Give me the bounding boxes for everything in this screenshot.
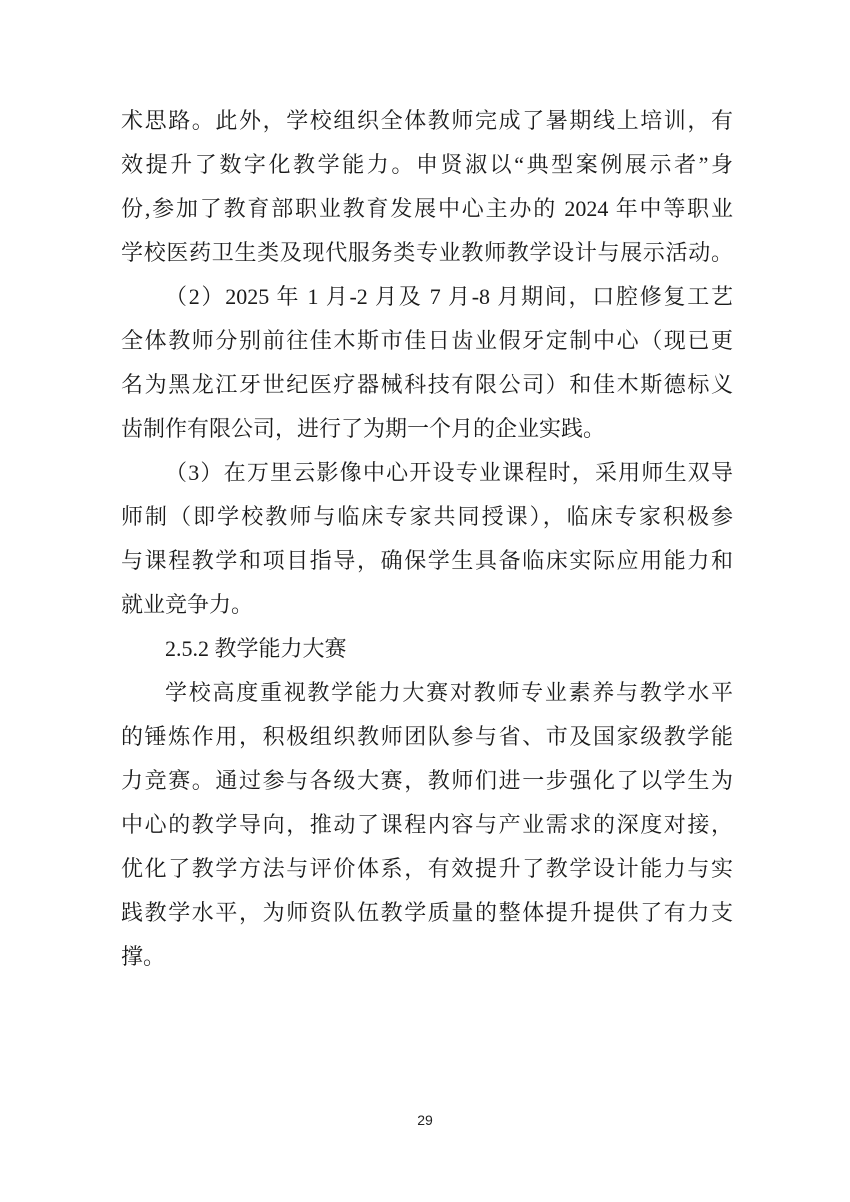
section-heading-2-5-2: 2.5.2 教学能力大赛 <box>121 627 733 671</box>
text-line: 全体教师分别前往佳木斯市佳日齿业假牙定制中心（现已更 <box>121 319 733 363</box>
text-line: 优化了教学方法与评价体系，有效提升了教学设计能力与实 <box>121 847 733 891</box>
text-line: 师制（即学校教师与临床专家共同授课），临床专家积极参 <box>121 495 733 539</box>
text-line: 名为黑龙江牙世纪医疗器械科技有限公司）和佳木斯德标义 <box>121 363 733 407</box>
text-line: 力竞赛。通过参与各级大赛，教师们进一步强化了以学生为 <box>121 759 733 803</box>
text-line: 份,参加了教育部职业教育发展中心主办的 2024 年中等职业 <box>121 187 733 231</box>
text-line: 术思路。此外，学校组织全体教师完成了暑期线上培训，有 <box>121 99 733 143</box>
text-line: 践教学水平，为师资队伍教学质量的整体提升提供了有力支 <box>121 891 733 935</box>
text-line: （3）在万里云影像中心开设专业课程时，采用师生双导 <box>121 451 733 495</box>
text-line: 学校高度重视教学能力大赛对教师专业素养与教学水平 <box>121 671 733 715</box>
text-line: 撑。 <box>121 935 733 979</box>
text-line: 齿制作有限公司，进行了为期一个月的企业实践。 <box>121 407 733 451</box>
page-number: 29 <box>0 1112 850 1128</box>
text-line: （2）2025 年 1 月-2 月及 7 月-8 月期间，口腔修复工艺 <box>121 275 733 319</box>
text-line: 与课程教学和项目指导，确保学生具备临床实际应用能力和 <box>121 539 733 583</box>
text-line: 就业竞争力。 <box>121 583 733 627</box>
text-line: 的锤炼作用，积极组织教师团队参与省、市及国家级教学能 <box>121 715 733 759</box>
text-line: 中心的教学导向，推动了课程内容与产业需求的深度对接， <box>121 803 733 847</box>
document-page: 术思路。此外，学校组织全体教师完成了暑期线上培训，有 效提升了数字化教学能力。申… <box>0 0 850 1202</box>
text-line: 学校医药卫生类及现代服务类专业教师教学设计与展示活动。 <box>121 231 733 275</box>
document-body: 术思路。此外，学校组织全体教师完成了暑期线上培训，有 效提升了数字化教学能力。申… <box>121 99 733 979</box>
text-line: 效提升了数字化教学能力。申贤淑以“典型案例展示者”身 <box>121 143 733 187</box>
